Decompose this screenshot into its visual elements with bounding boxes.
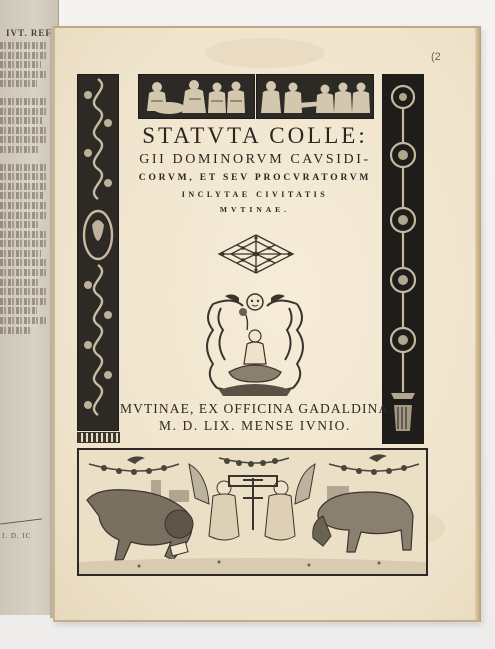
title-line-2: GII DOMINORVM CAVSIDI- — [120, 150, 390, 169]
imprint-line-1: MVTINAE, EX OFFICINA GADALDINA. — [120, 400, 390, 417]
woodcut-left-border — [77, 74, 119, 431]
imprint-block: MVTINAE, EX OFFICINA GADALDINA. M. D. LI… — [120, 400, 390, 434]
fleuron-ornament — [217, 233, 295, 275]
left-page-text-block — [0, 42, 46, 336]
title-page: (2 — [53, 26, 481, 622]
imprint-line-2: M. D. LIX. MENSE IVNIO. — [120, 417, 390, 434]
left-page-rule — [0, 518, 42, 524]
woodcut-left-border-footer — [77, 432, 120, 443]
title-line-5: MVTINAE. — [120, 203, 390, 217]
page-edge — [475, 28, 481, 620]
woodcut-bottom-panel — [77, 448, 428, 576]
left-page-signature: I. D. IC — [2, 532, 31, 540]
left-page-running-head: IVT. REF. — [6, 28, 54, 38]
folio-number: (2 — [431, 51, 441, 63]
title-line-1: STATVTA COLLE: — [120, 122, 390, 150]
title-line-4: INCLYTAE CIVITATIS — [120, 187, 390, 203]
woodcut-top-left-panel — [138, 74, 255, 119]
title-text-block: STATVTA COLLE: GII DOMINORVM CAVSIDI- CO… — [120, 122, 390, 217]
title-line-3: CORVM, ET SEV PROCVRATORVM — [120, 169, 390, 187]
printers-device-cartouche — [199, 290, 311, 402]
woodcut-top-right-panel — [256, 74, 374, 119]
